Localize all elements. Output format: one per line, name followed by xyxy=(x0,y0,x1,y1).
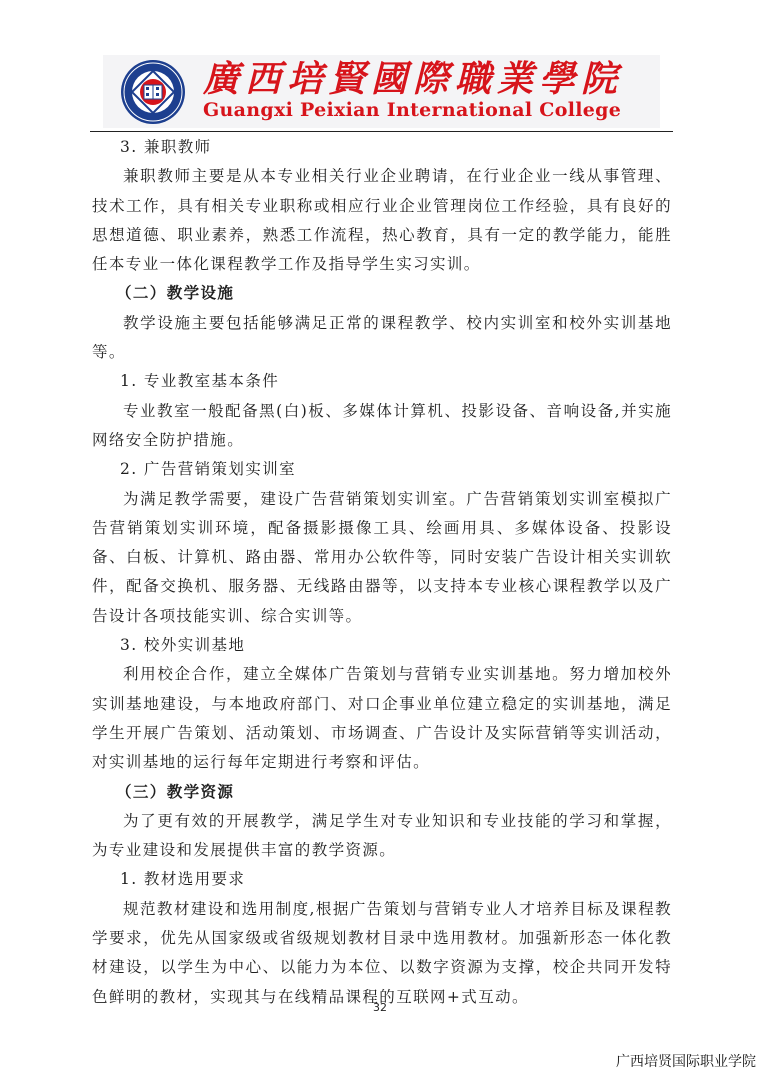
section-heading-teaching-resources: （三）教学资源 xyxy=(92,778,672,807)
section-heading-textbook: 1. 教材选用要求 xyxy=(92,865,672,894)
paragraph-textbook: 规范教材建设和选用制度,根据广告策划与营销专业人才培养目标及课程教学要求，优先从… xyxy=(92,895,672,1012)
section-heading-classroom: 1. 专业教室基本条件 xyxy=(92,367,672,396)
college-name-english: Guangxi Peixian International College xyxy=(203,98,621,122)
section-heading-external-base: 3. 校外实训基地 xyxy=(92,631,672,660)
section-heading-training-lab: 2. 广告营销策划实训室 xyxy=(92,455,672,484)
paragraph-resources-intro: 为了更有效的开展教学，满足学生对专业知识和专业技能的学习和掌握，为专业建设和发展… xyxy=(92,807,672,866)
header-divider xyxy=(90,131,673,132)
paragraph-facilities-intro: 教学设施主要包括能够满足正常的课程教学、校内实训室和校外实训基地等。 xyxy=(92,309,672,368)
header-banner: 廣西培賢國際職業學院 Guangxi Peixian International… xyxy=(103,55,660,128)
section-heading-teaching-facilities: （二）教学设施 xyxy=(92,279,672,308)
paragraph-classroom: 专业教室一般配备黑(白)板、多媒体计算机、投影设备、音响设备,并实施网络安全防护… xyxy=(92,397,672,456)
page-number: 32 xyxy=(373,1001,387,1014)
footer-institution-name: 广西培贤国际职业学院 xyxy=(616,1051,756,1071)
paragraph-external-base: 利用校企合作，建立全媒体广告策划与营销专业实训基地。努力增加校外实训基地建设，与… xyxy=(92,660,672,777)
document-body: 3. 兼职教师 兼职教师主要是从本专业相关行业企业聘请，在行业企业一线从事管理、… xyxy=(92,133,672,1012)
college-emblem-icon xyxy=(120,59,186,125)
section-heading-part-time-teachers: 3. 兼职教师 xyxy=(92,133,672,162)
college-name-chinese: 廣西培賢國際職業學院 xyxy=(203,57,643,101)
paragraph-part-time-teachers: 兼职教师主要是从本专业相关行业企业聘请，在行业企业一线从事管理、技术工作，具有相… xyxy=(92,162,672,279)
paragraph-training-lab: 为满足教学需要，建设广告营销策划实训室。广告营销策划实训室模拟广告营销策划实训环… xyxy=(92,485,672,631)
